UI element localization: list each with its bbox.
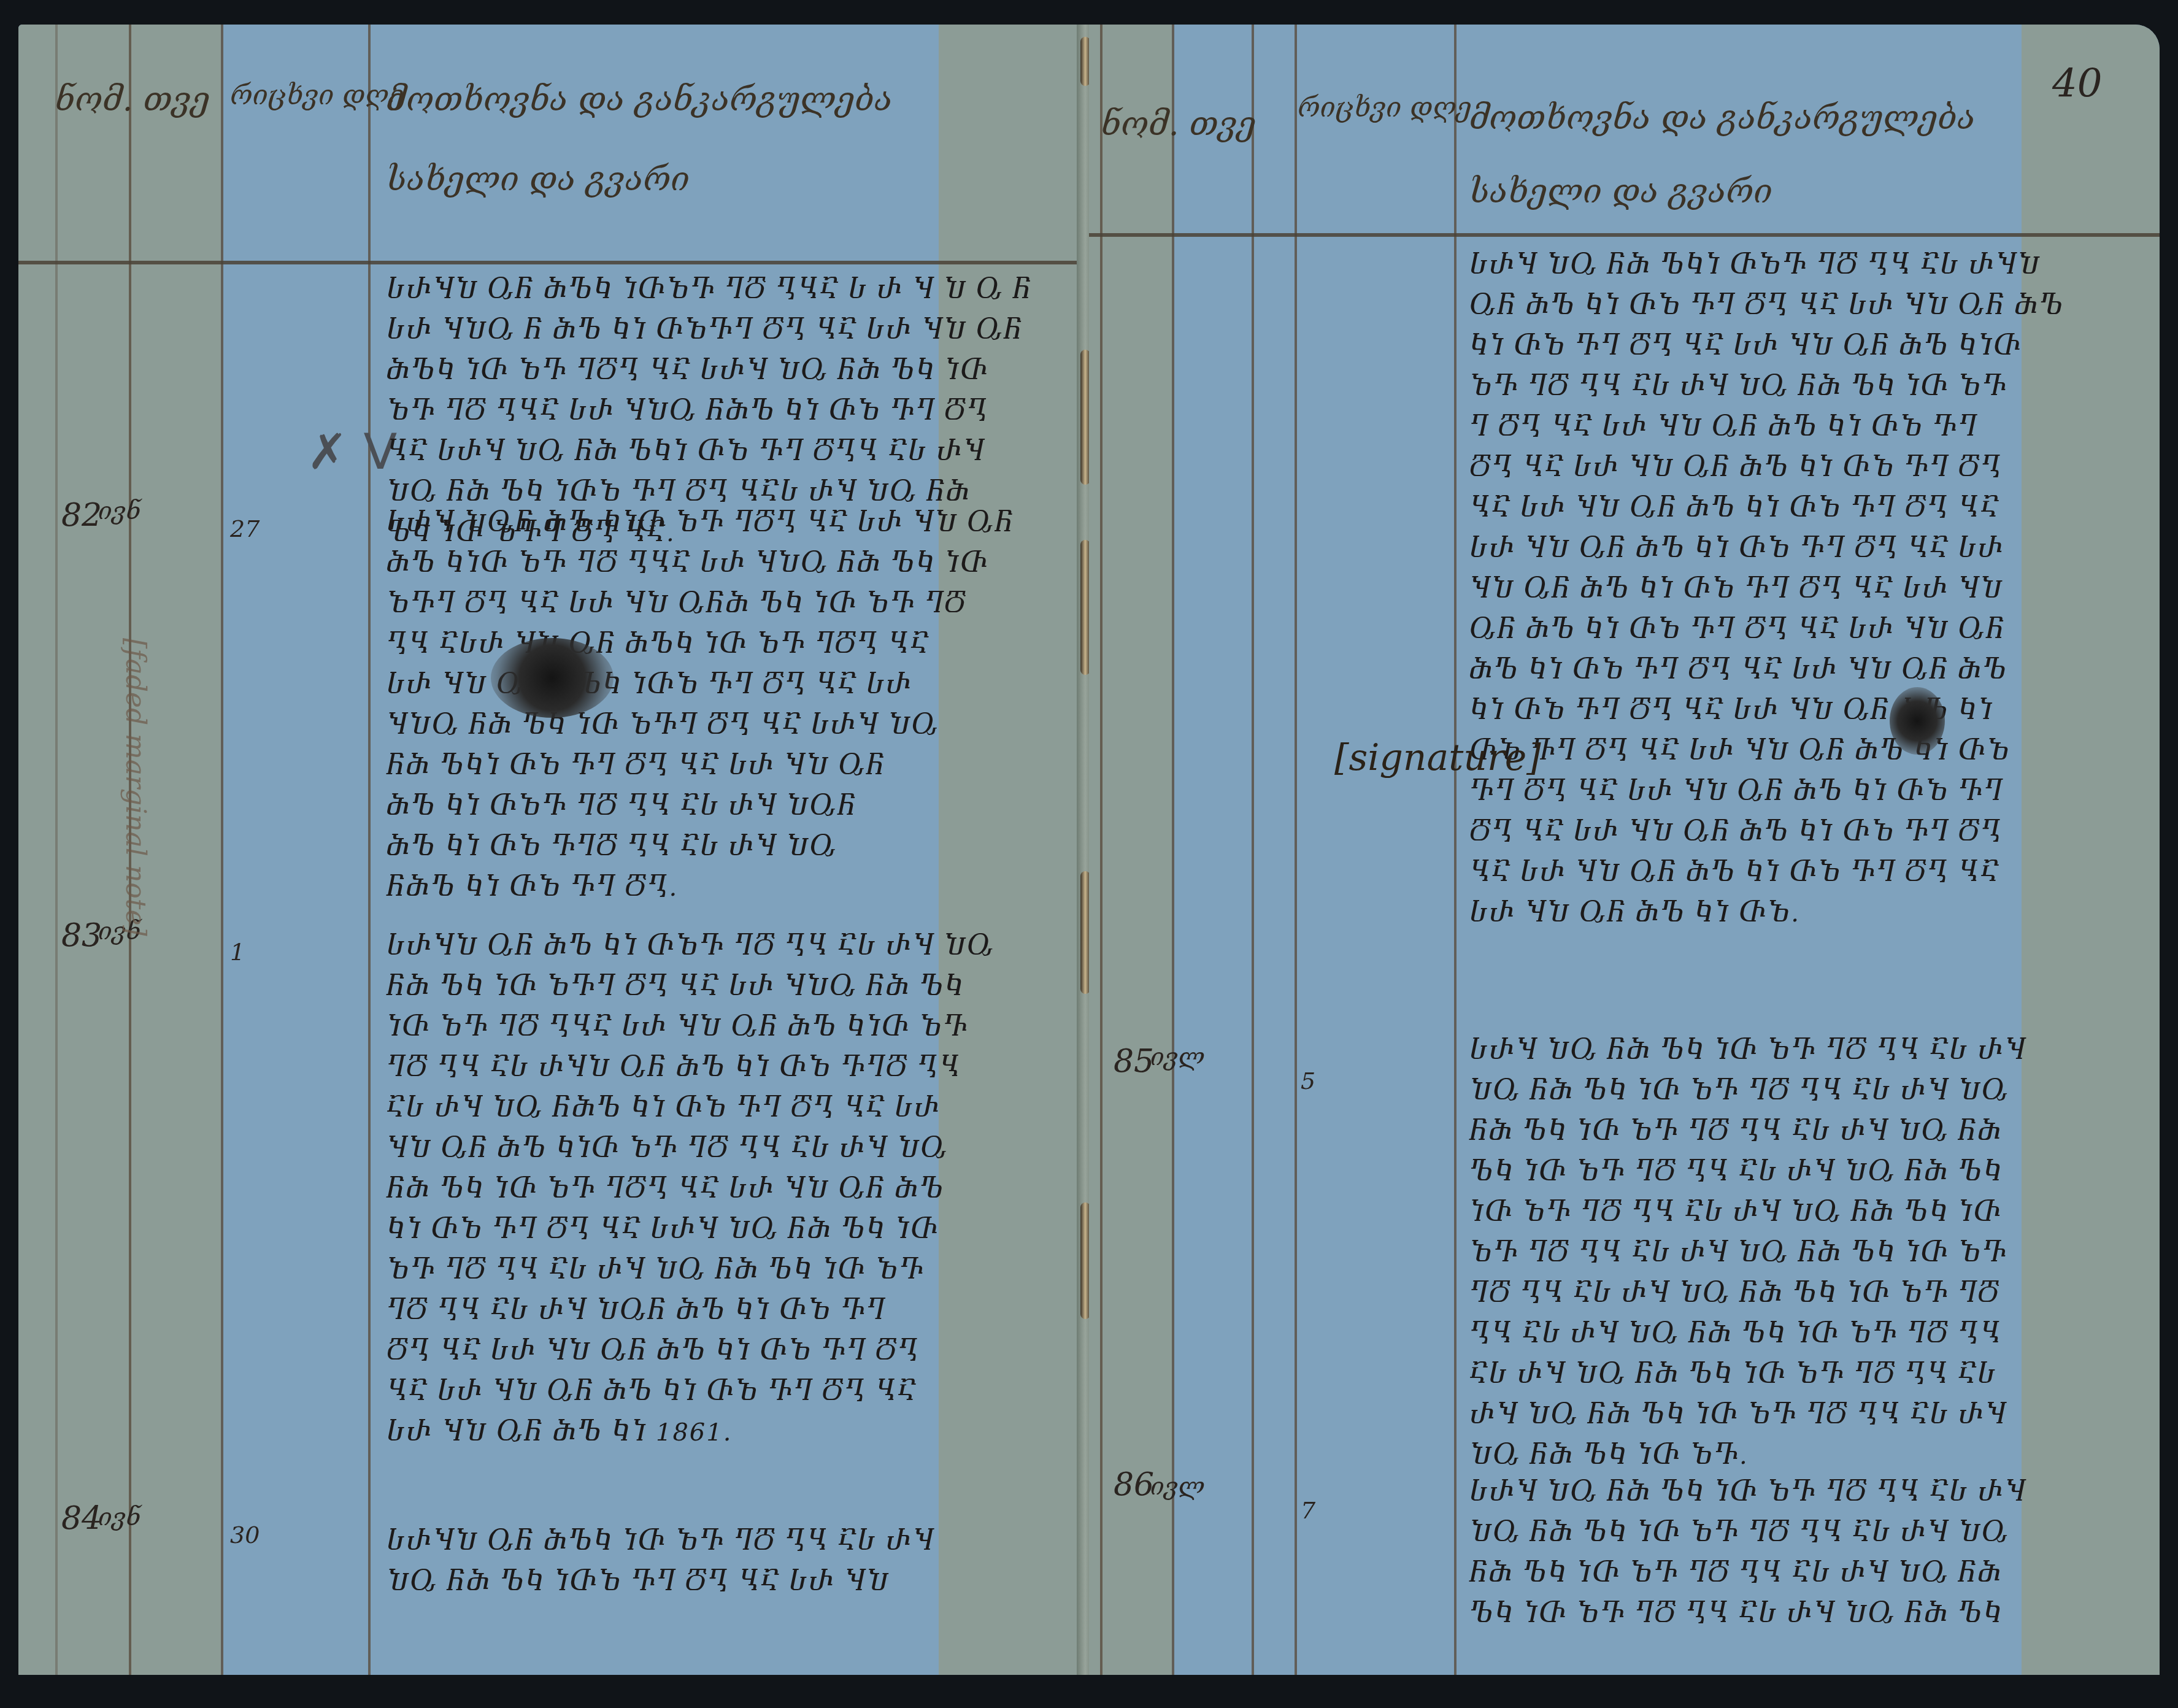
header-rule	[1089, 233, 2160, 237]
column-rule	[55, 25, 58, 1675]
entry-day: 27	[230, 515, 260, 542]
entry-number: 83	[61, 917, 102, 954]
entry-text-block: ႱႰႯႮ ႭႬ ႫႪႩ ႨႧ ႦႥ ႤႣ ႢႡ ႠႱ ႰႯ ႮႭ ႬႫ ႪႩ Ⴈ…	[387, 1521, 1049, 1602]
entry-month: ივნ	[98, 1503, 140, 1531]
header-col2: რიცხვი დღე	[230, 80, 404, 111]
signature: [signature]	[1334, 736, 1541, 779]
entry-day: 5	[1301, 1067, 1315, 1094]
ink-blot	[1890, 687, 1945, 755]
entry-month: ივნ	[98, 497, 140, 525]
entry-text-block: ႱႰႯ ႮႭ ႬႫ ႪႩႨ ႧႦႥ ႤႣ ႢႡ ႠႱ ႰႯႮ ႭႬ ႫႪ ႩႨ …	[1469, 245, 2132, 934]
column-rule	[221, 25, 223, 1675]
header-col3: სახელი და გვარი	[387, 160, 690, 198]
entry-number: 86	[1114, 1466, 1154, 1503]
entry-number: 84	[61, 1500, 102, 1537]
entry-month: ივლ	[1150, 1472, 1205, 1501]
entry-day: 7	[1301, 1497, 1315, 1524]
entry-text-block: ႱႰႯ ႮႭ ႬႫ ႪႩ ႨႧ ႦႥ ႤႣ ႢႡ ႠႱ ႰႯ ႮႭ ႬႫ ႪႩ …	[1469, 1472, 2132, 1634]
entry-day: 1	[230, 939, 245, 966]
pencil-mark: ✗ V	[307, 423, 397, 480]
entry-day: 30	[230, 1521, 260, 1548]
entry-text-block: ႱႰႯႮ ႭႬ ႫႪ ႩႨ ႧႦႥ ႤႣ ႢႡ ႠႱ ႰႯ ႮႭ ႬႫ ႪႩ Ⴈ…	[387, 926, 1049, 1453]
header-col3: სახელი და გვარი	[1469, 172, 1772, 210]
header-col4: მოთხოვნა და განკარგულება	[1469, 98, 1975, 137]
column-rule	[1172, 25, 1174, 1675]
entry-number: 82	[61, 497, 102, 534]
header-col1: ნომ. თვე	[55, 80, 210, 118]
header-col1: ნომ. თვე	[1101, 104, 1256, 143]
right-page: 40 ნომ. თვე რიცხვი დღე მოთხოვნა და განკა…	[1089, 25, 2160, 1675]
header-col4: მოთხოვნა და განკარგულება	[387, 80, 892, 118]
left-page: ნომ. თვე რიცხვი დღე მოთხოვნა და განკარგუ…	[18, 25, 1083, 1675]
entry-number: 85	[1114, 1043, 1154, 1080]
margin-note: [faded marginal note]	[120, 638, 151, 1436]
column-rule	[1295, 25, 1297, 1675]
header-rule	[18, 261, 1083, 264]
ink-blot	[491, 638, 614, 718]
column-rule	[1100, 25, 1102, 1675]
entry-text-block: ႱႰႯ ႮႭႬ ႫႪ ႩႨႧ ႦႥ ႤႣႢ ႡႠ ႱႰ ႯႮ ႭႬ ႫႪ ႩႨႧ…	[387, 503, 1049, 908]
folio-number: 40	[2052, 61, 2102, 107]
column-rule	[368, 25, 371, 1675]
header-col2: რიცხვი დღე	[1298, 92, 1472, 123]
column-rule	[1252, 25, 1254, 1675]
entry-text-block: ႱႰႯ ႮႭ ႬႫ ႪႩ ႨႧ ႦႥ ႤႣ ႢႡ ႠႱ ႰႯ ႮႭ ႬႫ ႪႩ …	[1469, 1031, 2132, 1476]
column-rule	[1454, 25, 1456, 1675]
entry-month: ივლ	[1150, 1043, 1205, 1071]
